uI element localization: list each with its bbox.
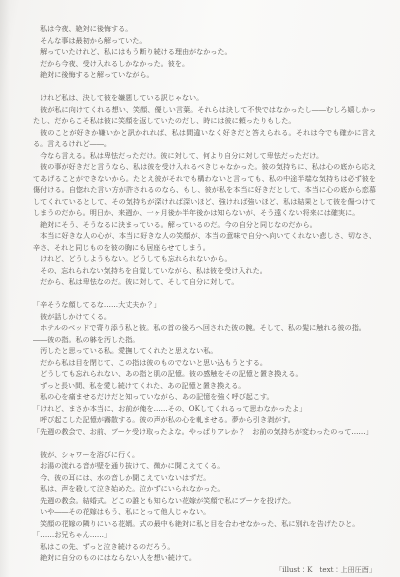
story-line: 彼のことが好きか嫌いかと訊かれれば、私は間違いなく好きだと答えられる。それは今で… — [33, 127, 376, 150]
story-line: 彼が話しかけてくる。 — [33, 311, 376, 323]
story-line: 「けれど、まさか本当に、お前が俺を……その、OKしてくれるって思わなかったよ」 — [33, 403, 376, 415]
story-line: その、忘れられない気持ちを自覚していながら、私は彼を受け入れた。 — [33, 265, 376, 277]
story-blocks: 私は今夜、絶対に後悔する。そんな事は最初から解っていた。解っていたけれど、私には… — [33, 23, 376, 564]
story-line: 彼が、シャワーを浴びに行く。 — [33, 449, 376, 461]
story-line: けれど、どうしようもない。どうしても忘れられないから。 — [33, 253, 376, 265]
story-line: どうしても忘れられない、あの指と肌の記憶。彼の感触をその記憶と置き換える。 — [33, 368, 376, 380]
story-line: 本当に好きな人の心が、本当に好きな人の笑顔が、本当の意味で自分へ向いてくれない悲… — [33, 230, 376, 253]
story-line: お湯の流れる音が壁を通り抜けて、微かに聞こえてくる。 — [33, 460, 376, 472]
story-line: そんな事は最初から解っていた。 — [33, 35, 376, 47]
story-line: 呼び起こした記憶が霧散する。彼の声が私の心を軋ませる。夢から引き剥がす。 — [33, 414, 376, 426]
story-line: 絶対にそう、そうなるに決まっている。解っているのだ。今の自分と同じなのだから。 — [33, 219, 376, 231]
story-line: いや――その花嫁はもう、私にとって他人じゃない。 — [33, 506, 376, 518]
story-line: 「辛そうな顔してるな……大丈夫か？」 — [33, 299, 376, 311]
story-text: 私は今夜、絶対に後悔する。そんな事は最初から解っていた。解っていたけれど、私には… — [33, 23, 376, 575]
story-line: 私は今夜、絶対に後悔する。 — [33, 23, 376, 35]
story-line: 汚したと思っている私。愛撫してくれたと思えない私。 — [33, 345, 376, 357]
story-line: だから私は目を閉じて、この指は彼のものでないと思い込もうとする。 — [33, 357, 376, 369]
story-line: 私の心を痛ませるだけだと知っていながら、あの記憶を強く呼び起こす。 — [33, 391, 376, 403]
story-line: 今、彼の耳には、水の音しか聞こえていないはずだ。 — [33, 472, 376, 484]
paragraph-block: 「辛そうな顔してるな……大丈夫か？」彼が話しかけてくる。ホテルのベッドで寄り添う… — [33, 299, 376, 437]
paragraph-block: 彼が、シャワーを浴びに行く。お湯の流れる音が壁を通り抜けて、微かに聞こえてくる。… — [33, 449, 376, 564]
story-line: 先週の教会。結婚式。どこの誰とも知らない花嫁が笑顔で私にブーケを投げた。 — [33, 495, 376, 507]
story-line: 彼が私に向けてくれる想い、笑顔、優しい言葉。それらは決して不快ではなかったし――… — [33, 104, 376, 127]
story-line: 笑顔の花嫁の隣りにいる花婿。式の最中も絶対に私と目を合わせなかった、私に別れを告… — [33, 518, 376, 530]
story-line: 絶対に後悔すると解っていながら。 — [33, 69, 376, 81]
story-line: ――彼の指。私の躰を汚した指。 — [33, 334, 376, 346]
story-line: ホテルのベッドで寄り添う私と彼。私の首の後ろへ回された彼の腕。そして、私の髪に触… — [33, 322, 376, 334]
story-line: けれど私は、決して彼を嫌悪している訳じゃない。 — [33, 92, 376, 104]
story-line: 解っていたけれど、私にはもう断り続ける理由がなかった。 — [33, 46, 376, 58]
story-line: 「先週の教会で、お前、ブーケ受け取ったよな。やっぱりアレか？ お前の気持ちが変わ… — [33, 426, 376, 438]
story-line: 今なら言える。私は卑怯だっただけ。彼に対して、何より自分に対して卑怯だっただけ。 — [33, 150, 376, 162]
story-line: ずっと長い間、私を愛し続けてくれた、あの記憶と置き換える。 — [33, 380, 376, 392]
story-line: 私は、声を殺して泣き始めた。泣かずにいられなかった。 — [33, 483, 376, 495]
story-line: だから今夜、受け入れるしかなかった。彼を。 — [33, 58, 376, 70]
story-line: 絶対に自分のものにはならない人を想い続けて。 — [33, 552, 376, 564]
scanned-page: 私は今夜、絶対に後悔する。そんな事は最初から解っていた。解っていたけれど、私には… — [0, 0, 400, 577]
paragraph-block: 私は今夜、絶対に後悔する。そんな事は最初から解っていた。解っていたけれど、私には… — [33, 23, 376, 81]
story-line: 私はこの先、ずっと泣き続けるのだろう。 — [33, 541, 376, 553]
credit-line: 「illust：K text：上田圧酉」 — [33, 564, 376, 576]
paragraph-block: けれど私は、決して彼を嫌悪している訳じゃない。彼が私に向けてくれる想い、笑顔、優… — [33, 92, 376, 288]
story-line: 「……お兄ちゃん……」 — [33, 529, 376, 541]
story-line: 彼の事が好きだと言うなら、私は彼を受け入れるべきじゃなかった。彼の気持ちに、私は… — [33, 161, 376, 219]
story-line: だから、私は卑怯なのだ。彼に対して、そして自分に対して。 — [33, 276, 376, 288]
